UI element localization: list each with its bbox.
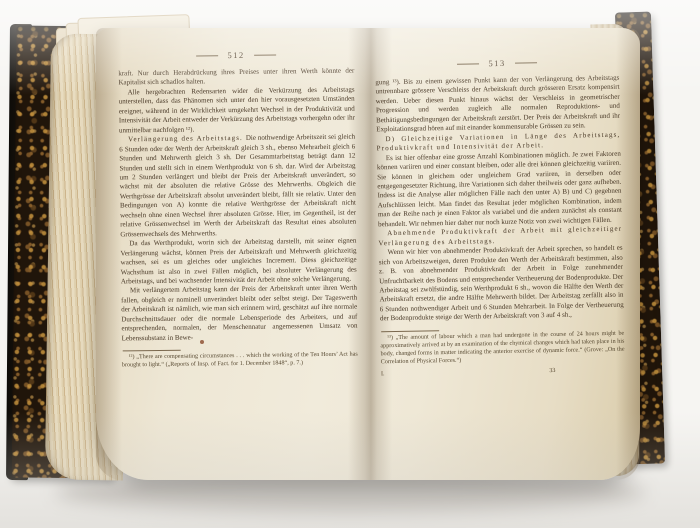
footnote: ¹²) „There are compensating circumstance…: [122, 352, 358, 371]
paragraph: gung ¹³). Bis zu einem gewissen Punkt ka…: [375, 74, 620, 135]
page-right: 513 gung ¹³). Bis zu einem gewissen Punk…: [375, 56, 625, 381]
footnote-block: ¹³) „The amount of labour which a man ha…: [380, 326, 625, 366]
footnote-rule: [123, 350, 181, 352]
signature-volume-mark: I.: [381, 371, 385, 378]
paragraph: Da das Werthprodukt, worin sich der Arbe…: [120, 237, 357, 287]
page-left: 512 kraft. Nur durch Herabdrückung ihres…: [118, 49, 358, 371]
header-rule: [457, 63, 479, 64]
page-header: 512: [118, 49, 354, 62]
header-rule: [196, 55, 218, 56]
paragraph-lead: Verlängerung des Arbeitstags.: [128, 134, 246, 143]
page-number: 513: [488, 58, 505, 68]
paragraph: Verlängerung des Arbeitstags. Die nothwe…: [119, 133, 356, 240]
paragraph: Wenn wir hier von abnehmender Produktivk…: [379, 244, 624, 324]
book-photograph: 512 kraft. Nur durch Herabdrückung ihres…: [0, 0, 700, 528]
paragraph: Es ist hier offenbar eine grosse Anzahl …: [377, 149, 622, 229]
open-book-spread: 512 kraft. Nur durch Herabdrückung ihres…: [96, 28, 640, 480]
page-number: 512: [227, 50, 244, 60]
footnote-block: ¹²) „There are compensating circumstance…: [122, 348, 358, 371]
header-rule: [515, 62, 537, 63]
footnote-rule: [381, 330, 439, 332]
paragraph-text: Die nothwendige Arbeitszeit sei gleich 6…: [119, 133, 356, 238]
paragraph: Mit verlängertem Arbeitstag kann der Pre…: [121, 284, 358, 344]
signature-row: I. 33: [381, 366, 625, 381]
footnote: ¹³) „The amount of labour which a man ha…: [380, 330, 625, 366]
header-rule: [254, 54, 276, 55]
signature-sheet-mark: 33: [549, 367, 555, 374]
page-header: 513: [375, 56, 619, 71]
paragraph: Alle hergebrachten Redensarten wider die…: [119, 85, 356, 135]
